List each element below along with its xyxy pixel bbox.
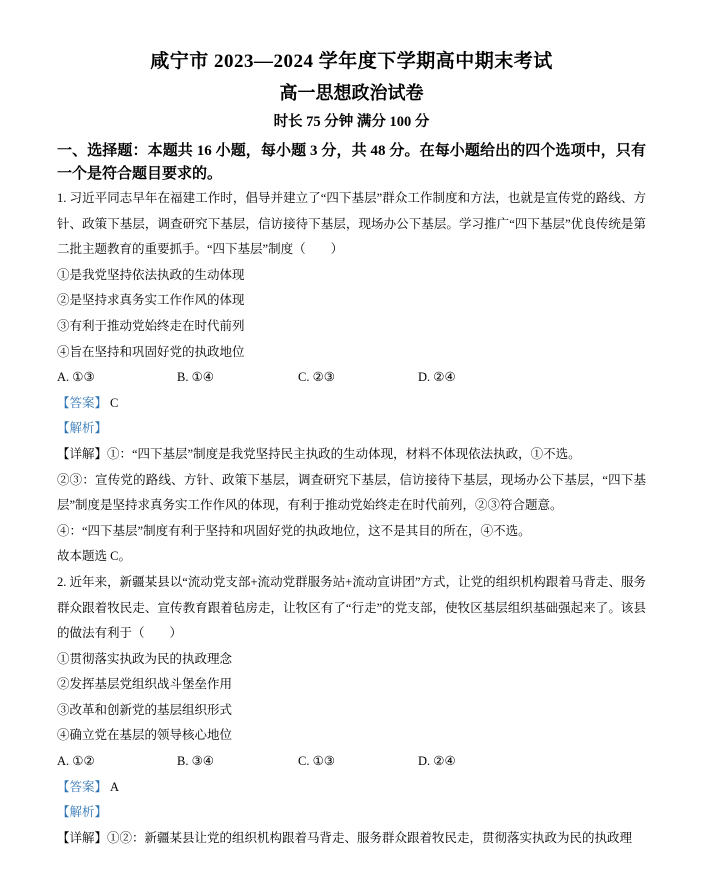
analysis-label: 【解析】	[57, 800, 646, 826]
statement-item-4: ④确立党在基层的领导核心地位	[57, 723, 646, 749]
duration-line: 时长 75 分钟 满分 100 分	[57, 111, 646, 134]
answer-line: 【答案】A	[57, 775, 646, 801]
question-2: 2. 近年来，新疆某县以“流动党支部+流动党群服务站+流动宣讲团”方式，让党的组…	[57, 570, 646, 852]
answer-label: 【答案】	[57, 780, 107, 794]
option-d: D. ②④	[418, 749, 456, 775]
analysis-label: 【解析】	[57, 416, 646, 442]
answer-line: 【答案】C	[57, 391, 646, 417]
statement-item-3: ③有利于推动党始终走在时代前列	[57, 314, 646, 340]
option-c: C. ①③	[298, 749, 418, 775]
statement-item-4: ④旨在坚持和巩固好党的执政地位	[57, 340, 646, 366]
option-d: D. ②④	[418, 365, 456, 391]
exam-subtitle: 高一思想政治试卷	[57, 80, 646, 106]
options-row: A. ①② B. ③④ C. ①③ D. ②④	[57, 749, 646, 775]
section-instructions: 一、选择题：本题共 16 小题，每小题 3 分，共 48 分。在每小题给出的四个…	[57, 140, 646, 186]
option-c: C. ②③	[298, 365, 418, 391]
question-stem: 2. 近年来，新疆某县以“流动党支部+流动党群服务站+流动宣讲团”方式，让党的组…	[57, 570, 646, 647]
exam-title: 咸宁市 2023—2024 学年度下学期高中期末考试	[57, 48, 646, 75]
option-b: B. ③④	[177, 749, 298, 775]
detail-paragraph-1: 【详解】①②：新疆某县让党的组织机构跟着马背走、服务群众跟着牧民走，贯彻落实执政…	[57, 826, 646, 852]
answer-label: 【答案】	[57, 396, 107, 410]
question-1: 1. 习近平同志早年在福建工作时，倡导并建立了“四下基层”群众工作制度和方法，也…	[57, 186, 646, 570]
exam-document: 咸宁市 2023—2024 学年度下学期高中期末考试 高一思想政治试卷 时长 7…	[0, 0, 701, 851]
detail-paragraph-4: 故本题选 C。	[57, 544, 646, 570]
statement-item-3: ③改革和创新党的基层组织形式	[57, 698, 646, 724]
statement-item-2: ②发挥基层党组织战斗堡垒作用	[57, 672, 646, 698]
detail-paragraph-3: ④：“四下基层”制度有利于坚持和巩固好党的执政地位，这不是其目的所在，④不选。	[57, 519, 646, 545]
statement-item-1: ①是我党坚持依法执政的生动体现	[57, 263, 646, 289]
statement-item-1: ①贯彻落实执政为民的执政理念	[57, 647, 646, 673]
answer-value: A	[110, 780, 119, 794]
detail-paragraph-2: ②③：宣传党的路线、方针、政策下基层，调查研究下基层，信访接待下基层，现场办公下…	[57, 468, 646, 519]
options-row: A. ①③ B. ①④ C. ②③ D. ②④	[57, 365, 646, 391]
question-stem: 1. 习近平同志早年在福建工作时，倡导并建立了“四下基层”群众工作制度和方法，也…	[57, 186, 646, 263]
answer-value: C	[110, 396, 118, 410]
option-a: A. ①②	[57, 749, 177, 775]
detail-paragraph-1: 【详解】①：“四下基层”制度是我党坚持民主执政的生动体现，材料不体现依法执政，①…	[57, 442, 646, 468]
option-a: A. ①③	[57, 365, 177, 391]
option-b: B. ①④	[177, 365, 298, 391]
statement-item-2: ②是坚持求真务实工作作风的体现	[57, 288, 646, 314]
